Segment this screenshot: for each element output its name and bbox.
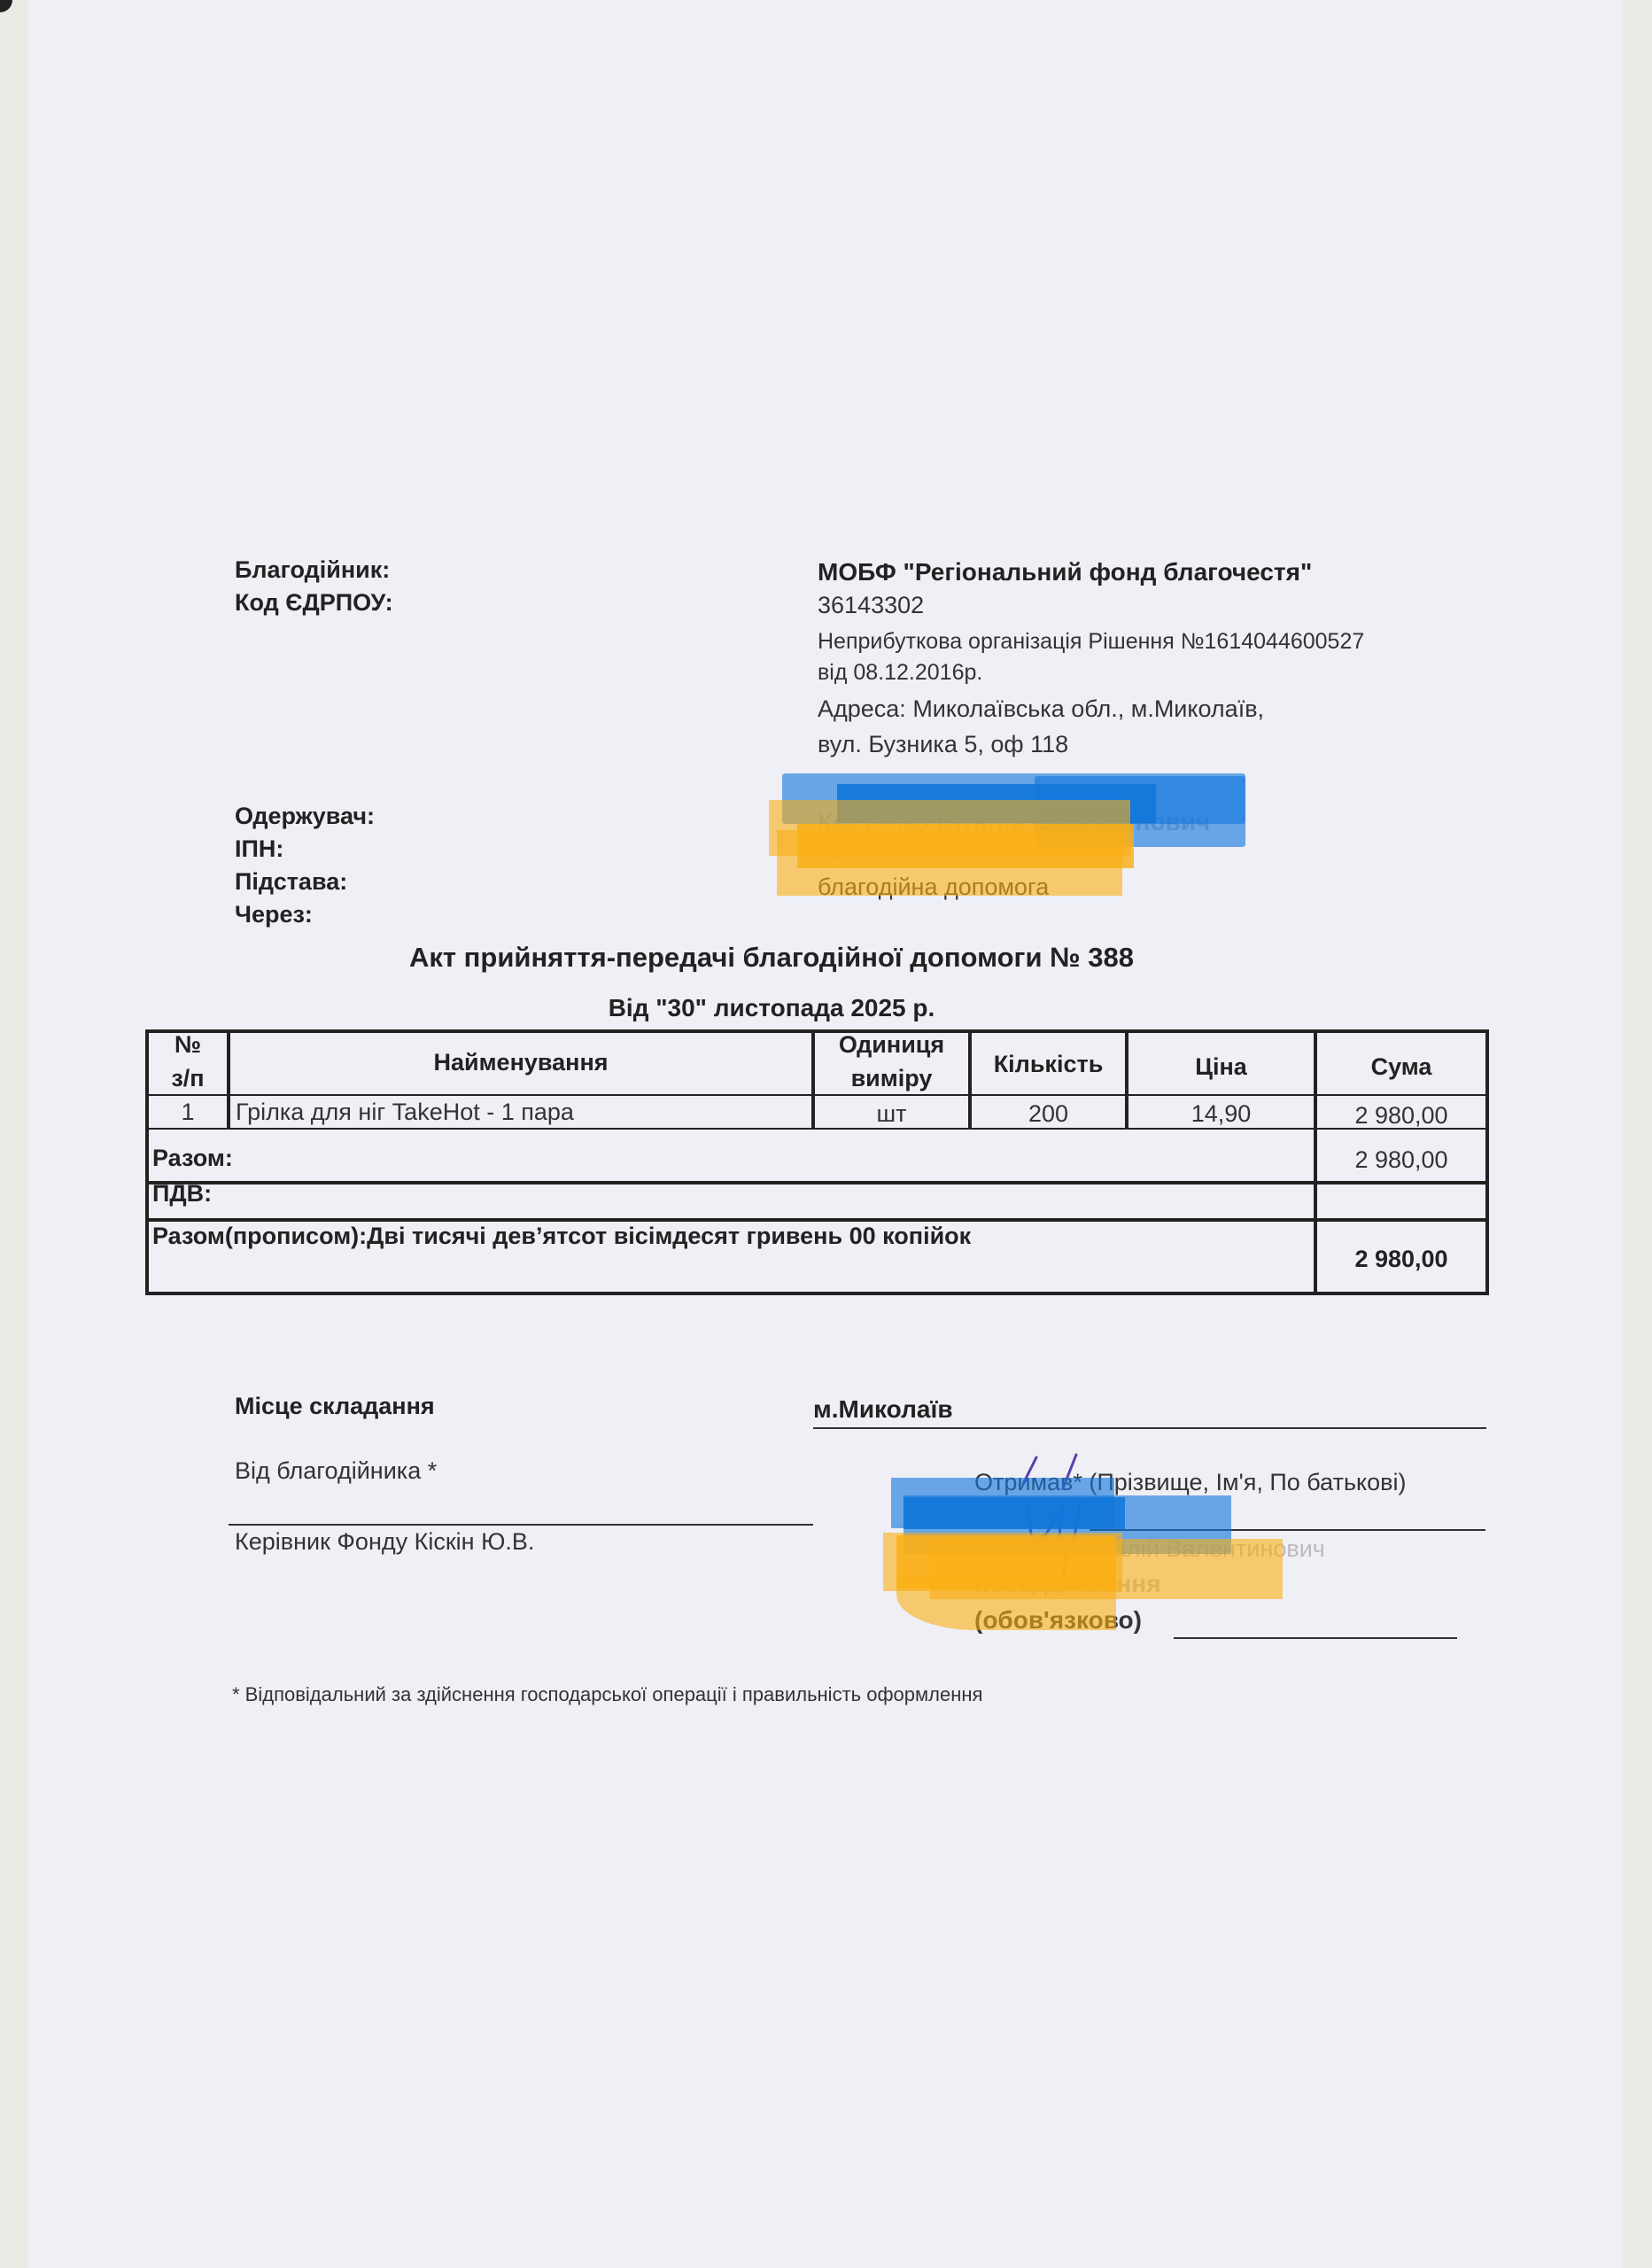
col-header-unit-line2: виміру bbox=[815, 1061, 968, 1095]
place-label: Місце складання bbox=[235, 1393, 435, 1420]
total-value: 2 980,00 bbox=[1317, 1146, 1485, 1174]
vat-label: ПДВ: bbox=[152, 1180, 212, 1208]
row-sum: 2 980,00 bbox=[1317, 1102, 1485, 1130]
col-header-num-line2: з/п bbox=[149, 1061, 227, 1095]
from-donor-label: Від благодійника * bbox=[235, 1457, 437, 1485]
row-unit: шт bbox=[815, 1100, 968, 1128]
row-item-name: Грілка для ніг TakeHot - 1 пара bbox=[236, 1099, 574, 1126]
col-header-qty: Кількість bbox=[972, 1047, 1125, 1081]
edrpou-label: Код ЄДРПОУ: bbox=[235, 589, 393, 617]
donor-signatory: Керівник Фонду Кіскін Ю.В. bbox=[235, 1528, 534, 1556]
act-title: Акт прийняття-передачі благодійної допом… bbox=[0, 942, 1543, 974]
donor-label: Благодійник: bbox=[235, 556, 390, 584]
act-date: Від "30" листопада 2025 р. bbox=[0, 994, 1543, 1022]
place-value: м.Миколаїв bbox=[813, 1395, 953, 1424]
total-in-words: Разом(прописом):Дві тисячі дев’ятсот віс… bbox=[152, 1223, 971, 1250]
via-label: Через: bbox=[235, 901, 313, 928]
scan-edge-right bbox=[1623, 0, 1652, 2268]
col-header-unit-line1: Одиниця bbox=[815, 1028, 968, 1061]
donor-address-line2: вул. Бузника 5, оф 118 bbox=[818, 731, 1068, 758]
col-header-sum: Сума bbox=[1317, 1050, 1485, 1084]
nonprofit-decision: Неприбуткова організація Рішення №161404… bbox=[818, 629, 1364, 655]
row-num: 1 bbox=[149, 1099, 227, 1126]
donor-signature-line[interactable] bbox=[229, 1524, 813, 1526]
total-in-words-value: 2 980,00 bbox=[1317, 1246, 1485, 1273]
footnote: * Відповідальний за здійснення господарс… bbox=[232, 1683, 982, 1706]
document-page bbox=[28, 0, 1623, 2268]
ipn-label: ІПН: bbox=[235, 835, 283, 863]
col-header-unit: Одиниця виміру bbox=[815, 1028, 968, 1095]
col-header-num: № з/п bbox=[149, 1028, 227, 1095]
edrpou-value: 36143302 bbox=[818, 592, 924, 619]
redaction-mark-yellow bbox=[777, 830, 1122, 896]
basis-label: Підстава: bbox=[235, 868, 347, 896]
place-underline bbox=[813, 1427, 1486, 1429]
col-header-num-line1: № bbox=[149, 1028, 227, 1061]
scan-edge-left bbox=[0, 0, 28, 2268]
col-header-name: Найменування bbox=[230, 1045, 811, 1079]
total-label: Разом: bbox=[152, 1145, 233, 1172]
position-underline[interactable] bbox=[1174, 1637, 1457, 1639]
nonprofit-decision-date: від 08.12.2016р. bbox=[818, 660, 982, 686]
col-header-price: Ціна bbox=[1128, 1050, 1314, 1084]
recipient-label: Одержувач: bbox=[235, 803, 375, 830]
redaction-mark-yellow bbox=[896, 1575, 1116, 1630]
donor-address-line1: Адреса: Миколаївська обл., м.Миколаїв, bbox=[818, 695, 1264, 723]
row-price: 14,90 bbox=[1128, 1100, 1314, 1128]
row-qty: 200 bbox=[972, 1100, 1125, 1128]
donor-name: МОБФ "Регіональний фонд благочестя" bbox=[818, 558, 1312, 586]
